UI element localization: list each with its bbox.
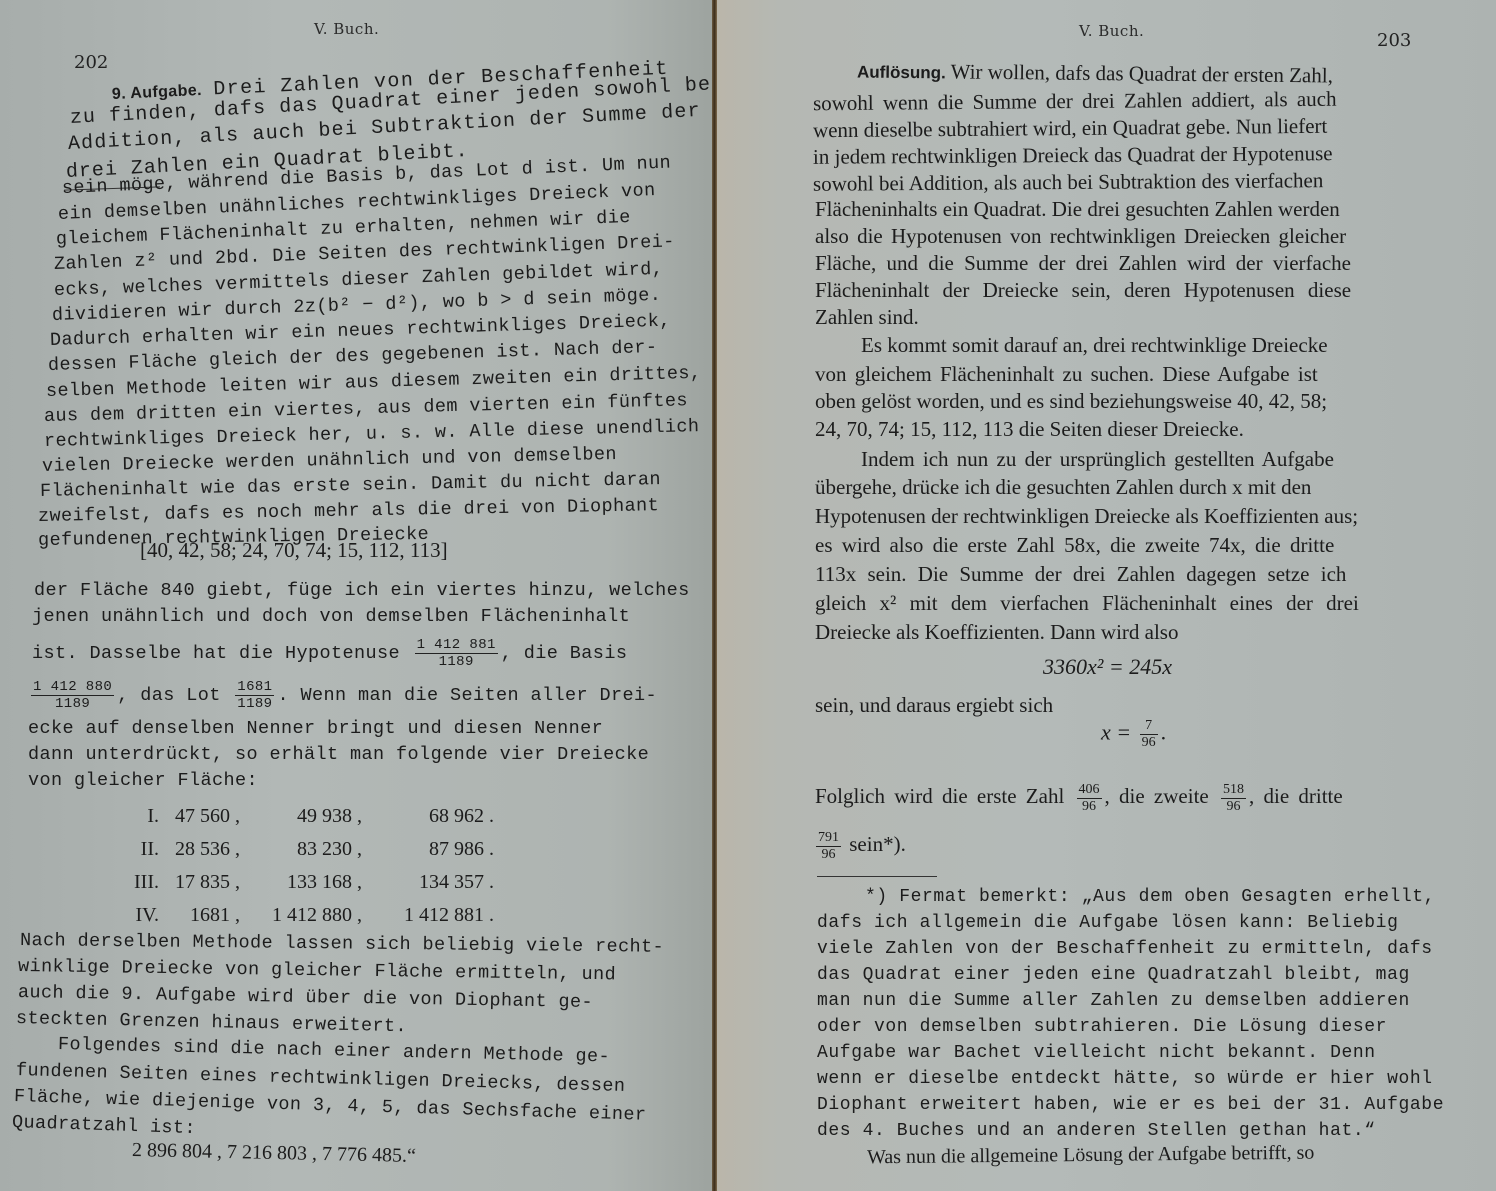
cell: 47 560 , [169,800,246,833]
row-label: III. [128,866,169,899]
text: x = [1101,720,1131,745]
final-numbers: 2 896 804 , 7 216 803 , 7 776 485.“ [132,1139,416,1168]
body-line: sowohl wenn die Summe der drei Zahlen ad… [813,86,1337,117]
closing-line: Was nun die allgemeine Lösung der Aufgab… [867,1140,1315,1171]
table-row: II. 28 536 , 83 230 , 87 986 . [128,833,500,866]
footnote-line: Aufgabe war Bachet vielleicht nicht beka… [817,1040,1376,1066]
body-line: Dreiecke als Koeffizienten. Dann wird al… [815,619,1178,645]
body-line: Indem ich nun zu der ursprünglich gestel… [861,446,1334,472]
last-line: 79196 sein*). [813,824,906,864]
fraction: 1 412 8811189 [415,637,498,670]
body-line: ecke auf denselben Nenner bringt und die… [28,716,603,742]
body-line: gleich x² mit dem vierfachen Flächeninha… [815,590,1359,616]
footnote-line: *) Fermat bemerkt: „Aus dem oben Gesagte… [865,884,1435,910]
body-line: Hypotenusen der rechtwinkligen Dreiecke … [815,503,1358,529]
body-line: Quadratzahl ist: [12,1110,197,1142]
table-row: I. 47 560 , 49 938 , 68 962 . [128,800,500,833]
footnote-divider [817,876,937,877]
body-line: dann unterdrückt, so erhält man folgende… [28,742,649,768]
fraction: 796 [1140,718,1158,751]
footnote-line: wenn er dieselbe entdeckt hätte, so würd… [817,1066,1433,1092]
body-line: jenen unähnlich und doch von demselben F… [32,604,630,630]
running-head: V. Buch. [314,20,379,38]
body-line: Es kommt somit darauf an, drei rechtwink… [861,332,1328,358]
table-row: IV. 1681 , 1 412 880 , 1 412 881 . [128,899,500,932]
folglich-line: Folglich wird die erste Zahl 40696, die … [815,776,1343,816]
body-line: in jedem rechtwinkligen Dreieck das Quad… [813,140,1333,170]
cell: 87 986 . [368,833,500,866]
body-line: Flächeninhalt der Dreiecke sein, deren H… [815,277,1351,303]
footnote-line: das Quadrat einer jeden eine Quadratzahl… [817,962,1410,988]
text: Folglich wird die erste Zahl [815,784,1064,808]
text: , das Lot [117,685,221,706]
page-number: 202 [74,52,108,73]
body-line: es wird also die erste Zahl 58x, die zwe… [815,532,1334,558]
body-line: von gleichem Flächeninhalt zu suchen. Di… [815,361,1318,387]
basis-line: 1 412 8801189, das Lot 16811189. Wenn ma… [28,676,657,716]
cell: 1 412 881 . [368,899,500,932]
left-page: V. Buch. 202 9. Aufgabe. Drei Zahlen von… [0,0,714,1191]
body-line: oben gelöst worden, und es sind beziehun… [815,388,1327,414]
table-row: III. 17 835 , 133 168 , 134 357 . [128,866,500,899]
body-line: übergehe, drücke ich die gesuchten Zahle… [815,474,1311,500]
text: , die dritte [1249,784,1343,808]
text: sein*). [849,832,906,856]
body-line: Flächeninhalts ein Quadrat. Die drei ges… [815,196,1340,222]
right-page: V. Buch. 203 Auflösung. Wir wollen, dafs… [717,0,1496,1191]
text: , die zweite [1105,784,1209,808]
cell: 1 412 880 , [246,899,368,932]
body-line: der Fläche 840 giebt, füge ich ein viert… [34,578,690,604]
text: , die Basis [501,643,628,664]
footnote-line: Diophant erweitert haben, wie er es bei … [817,1092,1444,1118]
footnote-line: oder von demselben subtrahieren. Die Lös… [817,1014,1387,1040]
fraction: 40696 [1077,782,1102,815]
body-line: sowohl bei Addition, als auch bei Subtra… [813,167,1323,197]
body-line: von gleicher Fläche: [28,768,258,794]
fraction: 79196 [816,830,841,863]
cell: 134 357 . [368,866,500,899]
body-line: also die Hypotenusen von rechtwinkligen … [815,223,1346,249]
cell: 68 962 . [368,800,500,833]
cell: 83 230 , [246,833,368,866]
body-line: sein, und daraus ergiebt sich [815,692,1053,718]
row-label: IV. [128,899,169,932]
triangles-table: I. 47 560 , 49 938 , 68 962 . II. 28 536… [128,800,500,932]
text: Wir wollen, dafs das Quadrat der ersten … [951,59,1333,87]
cell: 1681 , [169,899,246,932]
text: . Wenn man die Seiten aller Drei- [277,685,657,706]
row-label: II. [128,833,169,866]
body-line: Fläche, und die Summe der drei Zahlen wi… [815,250,1351,276]
solution-label: Auflösung. [857,63,946,83]
page-number: 203 [1377,30,1411,51]
fraction: 1 412 8801189 [31,679,114,712]
body-line: 113x sein. Die Summe der drei Zahlen dag… [815,561,1346,587]
equation-x: x = 796. [1101,718,1166,751]
cell: 17 835 , [169,866,246,899]
footnote-line: man nun die Summe aller Zahlen zu demsel… [817,988,1410,1014]
fraction: 16811189 [235,679,274,712]
running-head: V. Buch. [1079,22,1144,40]
footnote-line: viele Zahlen von der Beschaffenheit zu e… [817,936,1433,962]
cell: 133 168 , [246,866,368,899]
footnote-line: dafs ich allgemein die Aufgabe lösen kan… [817,910,1399,936]
cell: 28 536 , [169,833,246,866]
body-line: Zahlen sind. [815,304,919,330]
cell: 49 938 , [246,800,368,833]
equation: 3360x² = 245x [1043,654,1172,680]
text: . [1161,720,1167,745]
hypotenuse-line: ist. Dasselbe hat die Hypotenuse 1 412 8… [32,636,627,672]
triangle-list: [40, 42, 58; 24, 70, 74; 15, 112, 113] [140,538,448,563]
row-label: I. [128,800,169,833]
body-line: 24, 70, 74; 15, 112, 113 die Seiten dies… [815,416,1244,442]
text: ist. Dasselbe hat die Hypotenuse [32,643,400,664]
fraction: 51896 [1221,782,1246,815]
body-line: wenn dieselbe subtrahiert wird, ein Quad… [813,113,1328,143]
